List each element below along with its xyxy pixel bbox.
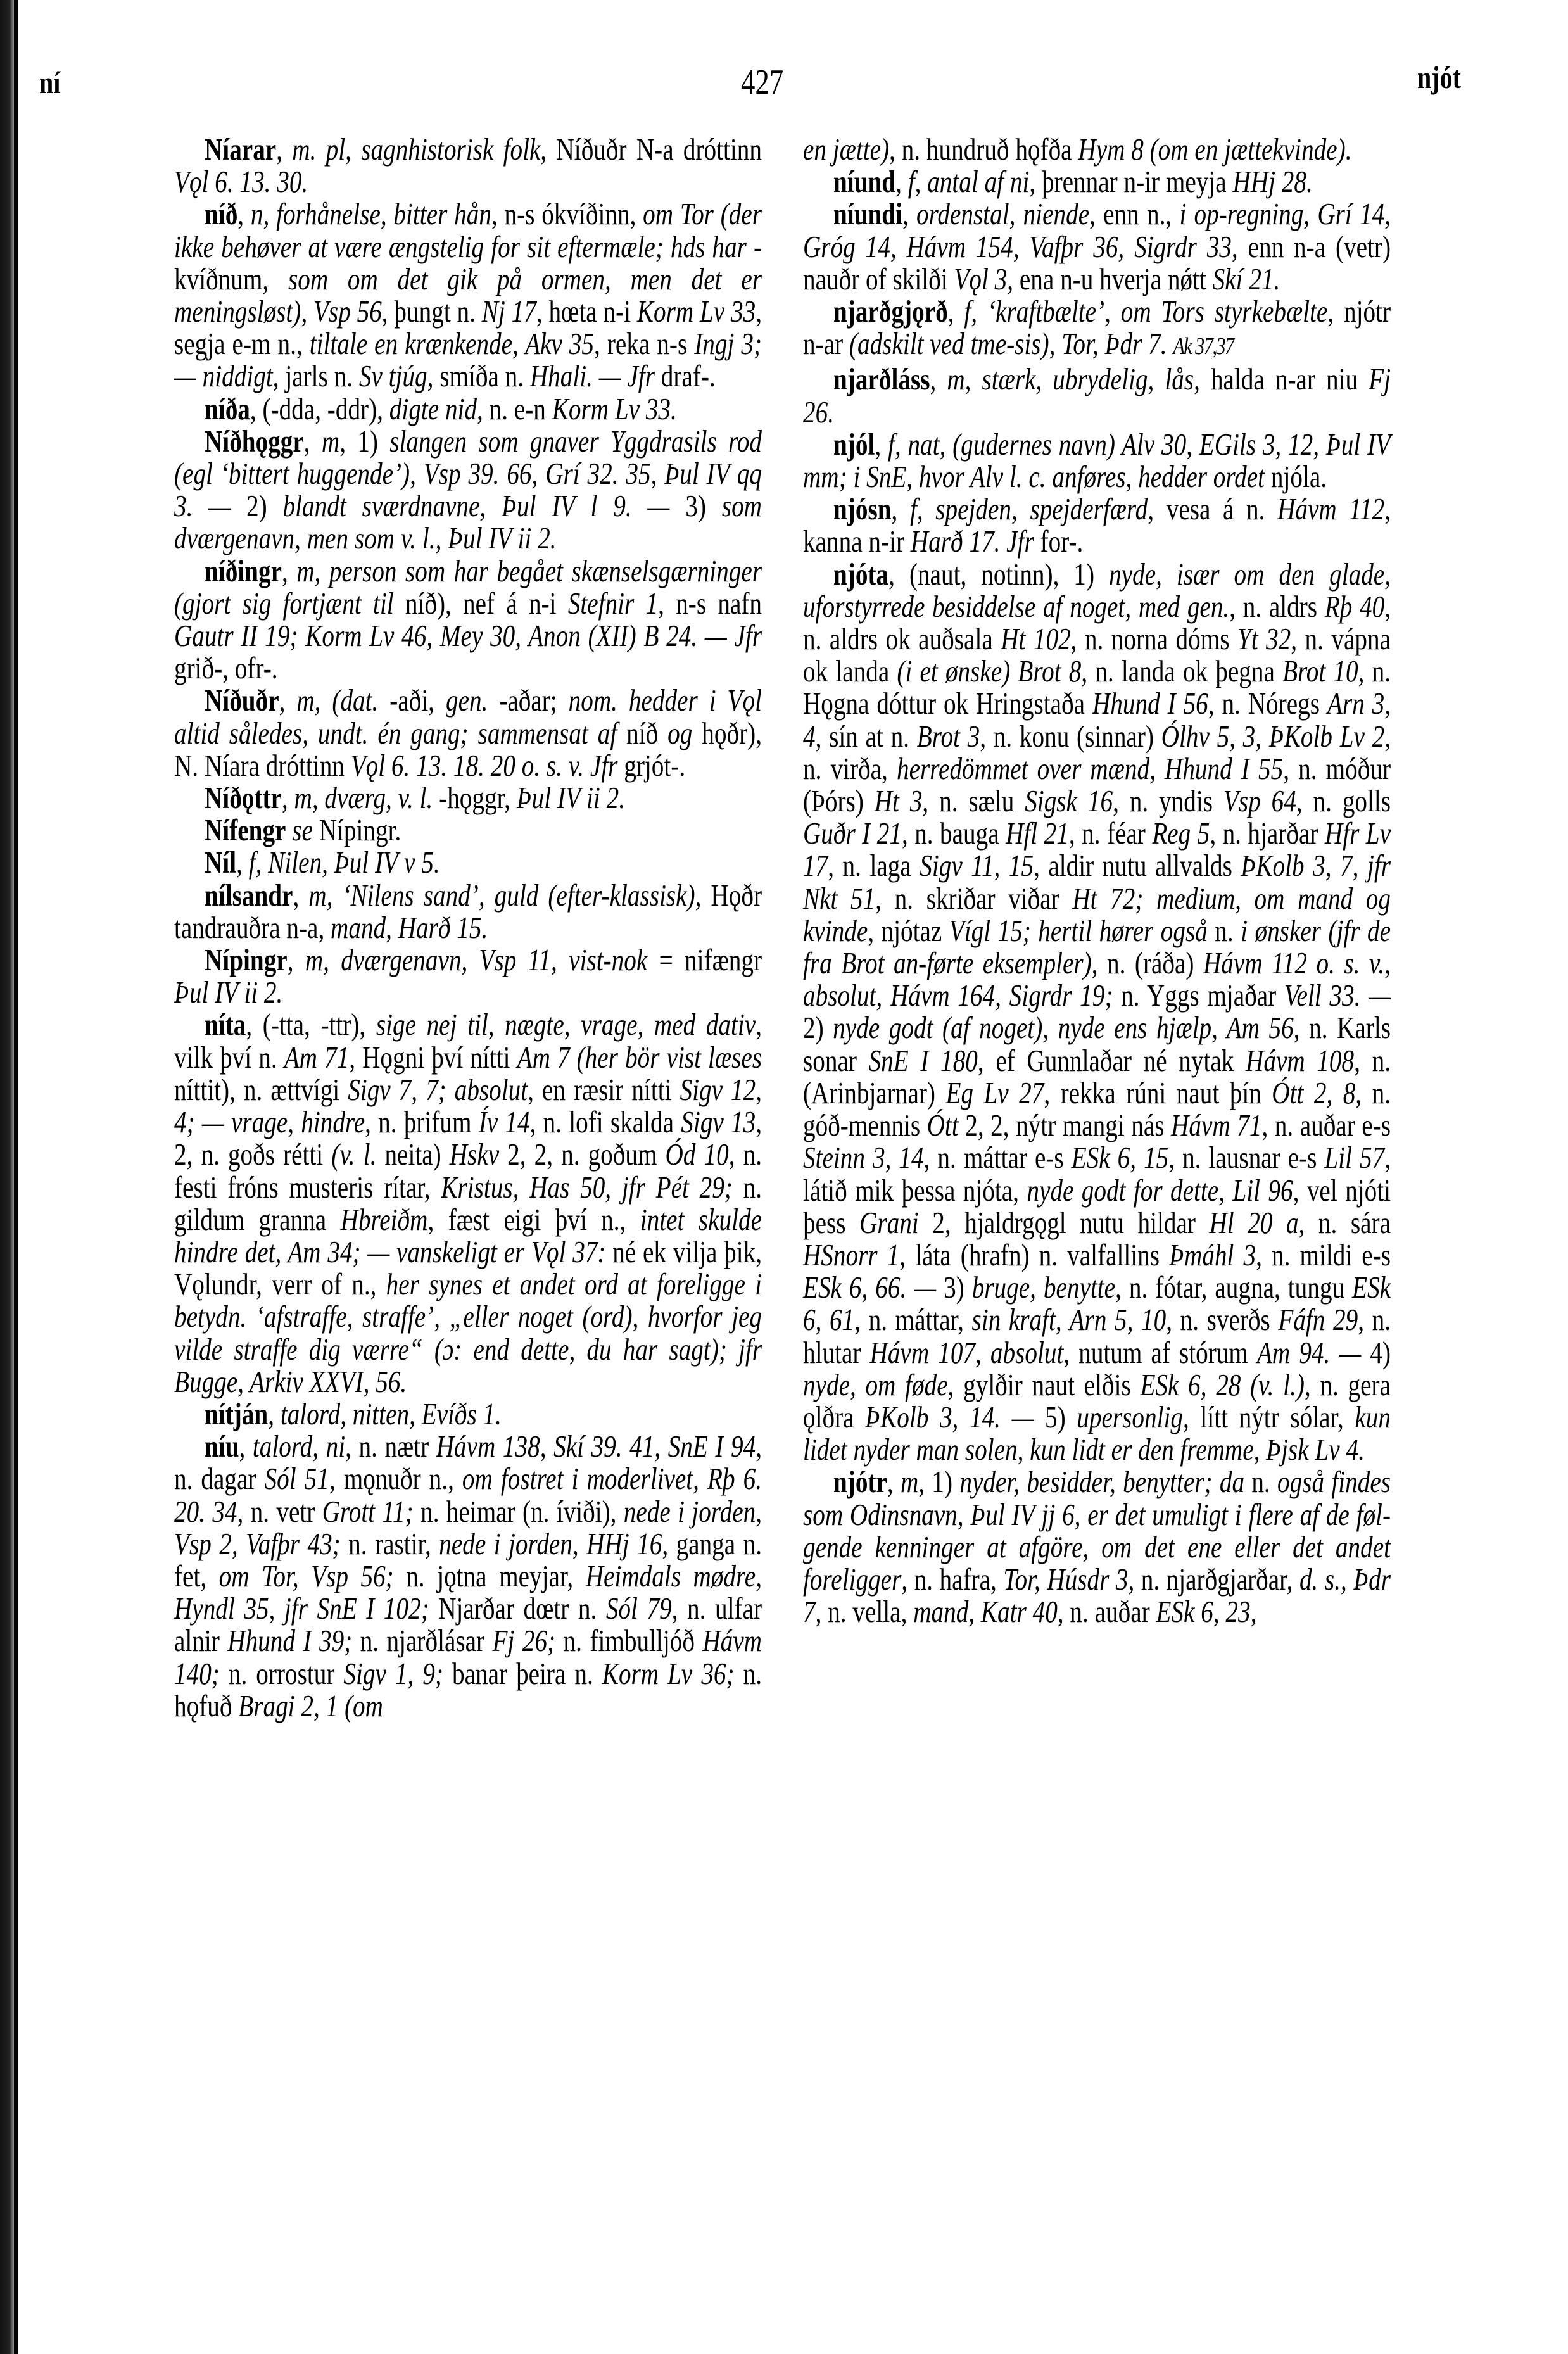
entry-text: draf-. [655, 358, 716, 393]
entry-text: ESk 6, 28 (v. l.) [1140, 1367, 1304, 1402]
entry-text: mand, Katr 40 [913, 1594, 1058, 1629]
entry-text: og [667, 716, 692, 750]
entry-text: Vǫl 6. 13. 18. 20 o. s. v. Jfr [351, 748, 618, 783]
entry-text: , n-s nafn [658, 586, 762, 621]
entry-text: 2) [231, 488, 282, 523]
entry-text: , n. vella, [816, 1594, 914, 1629]
entry-text: , (-dda, -ddr), [250, 391, 389, 426]
entry-text: Vell 33. — [1284, 978, 1391, 1013]
running-head-left: ní [39, 63, 60, 101]
dictionary-entry: níðingr, m, person som har begået skænse… [174, 555, 762, 685]
entry-text: n. njarðlásar [352, 1623, 492, 1658]
entry-text: , [288, 942, 305, 977]
entry-text: , rekka rúni naut þín [1044, 1075, 1272, 1110]
dictionary-entry: njósn, f, spejden, spejderfærd, vesa á n… [803, 493, 1391, 557]
dictionary-entry: Níðhǫggr, m, 1) slangen som gnaver Yggdr… [174, 425, 762, 555]
entry-text: Hfl 21 [1006, 816, 1069, 851]
entry-text: sin kraft, Arn 5, 10 [972, 1302, 1167, 1337]
entry-text: Grott 11; [322, 1494, 414, 1529]
entry-text: , sín at n. [816, 719, 917, 754]
entry-text: ESk 6, 66. — [803, 1270, 936, 1305]
entry-text: for-. [1034, 524, 1084, 559]
entry-text: 5) [1034, 1400, 1077, 1434]
headword: njóta [833, 557, 888, 592]
entry-text: , mǫnuðr n., [329, 1461, 462, 1496]
entry-text: bruge, benytte [972, 1270, 1115, 1305]
entry-text: , [948, 294, 964, 329]
entry-text: , nutum af stórum [1063, 1335, 1257, 1370]
entry-text: Skí 21. [1213, 262, 1280, 296]
dictionary-entry: níð, n, forhånelse, bitter hån, n-s ókví… [174, 198, 762, 392]
entry-text: , [293, 878, 308, 913]
entry-text: nyde, om føde [803, 1367, 948, 1402]
entry-text: Korm Lv 33. [552, 391, 677, 426]
entry-text: ESk 6, 23, [1156, 1594, 1256, 1629]
entry-text: digte nid [389, 391, 477, 426]
entry-text: , n. hjarðar [1210, 816, 1325, 851]
entry-text: Brot 10 [1282, 654, 1358, 688]
headword: njól [833, 427, 875, 462]
headword: níta [205, 1007, 246, 1042]
entry-text: en jætte) [803, 132, 889, 167]
headword: njósn [833, 491, 892, 526]
entry-text: , n. sælu [922, 783, 1025, 818]
entry-text: Þmáhl 3 [1169, 1237, 1256, 1272]
entry-text: , en ræsir nítti [528, 1072, 680, 1107]
entry-text: 2) [803, 1010, 833, 1045]
entry-text: 2, hjaldrgǫgl nutu hildar [919, 1205, 1210, 1240]
entry-text: n. jǫtna meyjar, [394, 1559, 586, 1593]
dictionary-entry: Nípingr, m, dværgenavn, Vsp 11, vist-nok… [174, 944, 762, 1008]
entry-text: , n. Nóregs [1208, 686, 1327, 721]
entry-text: , Níðuðr N-a dróttinn [540, 132, 762, 167]
entry-text: , n. máttar, [854, 1302, 971, 1337]
entry-text: Rþ 40 [1325, 589, 1384, 624]
entry-text: , þrennar n-ir meyja [1029, 164, 1232, 199]
entry-text: 3) [936, 1270, 972, 1305]
headword: nílsandr [205, 878, 293, 913]
dictionary-entry: níundi, ordenstal, niende, enn n., i op-… [803, 198, 1391, 295]
entry-text: Brot 3 [917, 719, 980, 754]
entry-text: Tor, Húsdr 3 [1003, 1562, 1128, 1597]
entry-text: , [895, 164, 908, 199]
entry-text: , gylðir naut elðis [948, 1367, 1141, 1402]
entry-text: (i et ønske) Brot 8 [897, 654, 1081, 688]
entry-text: , n. bauga [902, 816, 1006, 851]
entry-text: talord, ni [253, 1429, 345, 1464]
entry-text: SnE I 180 [869, 1043, 978, 1078]
entry-text: , [892, 491, 910, 526]
entry-text: Lil 57 [1324, 1140, 1384, 1175]
entry-text: sige nej til, nægte, vrage, med dativ [376, 1007, 756, 1042]
entry-text: 2, 2, n. goðum [499, 1137, 665, 1172]
entry-text: grið-, ofr-. [174, 650, 278, 685]
headword: Níarar [205, 132, 276, 167]
entry-text [286, 813, 292, 847]
entry-text: , [282, 554, 296, 588]
entry-text: , jarls n. [273, 358, 359, 393]
headword: níða [205, 391, 250, 426]
entry-text: , n. e-n [477, 391, 552, 426]
entry-text: nyder, besidder, benytter; da [959, 1464, 1244, 1499]
entry-text: Fj 26; [493, 1623, 556, 1658]
entry-text: Kristus, Has 50, jfr Pét 29; [441, 1170, 732, 1205]
entry-text: , n. sára [1299, 1205, 1391, 1240]
entry-text: n. [1244, 1464, 1277, 1499]
entry-text: m, dværg, v. l. [294, 780, 433, 815]
dictionary-entry: njarðgjǫrð, f, ‘kraftbælte’, om Tors sty… [803, 295, 1391, 363]
entry-text: , þungt n. [382, 294, 482, 329]
entry-text: Ótt [927, 1108, 959, 1142]
entry-text: Bragi 2, 1 (om [238, 1688, 383, 1723]
entry-text: Sól 51 [265, 1461, 329, 1496]
entry-text: Hávm 107, absolut [870, 1335, 1064, 1370]
dictionary-entry: Nífengr se Nípingr. [174, 814, 762, 846]
page-number: 427 [741, 63, 783, 101]
entry-text: Þul IV ii 2. [517, 780, 625, 815]
entry-text: Hávm 112 [1277, 491, 1384, 526]
entry-text: , reka n-s [594, 326, 694, 361]
entry-text: , n. vetr [237, 1494, 322, 1529]
entry-text: Hhund I 39; [227, 1623, 352, 1658]
left-column: Níarar, m. pl, sagnhistorisk folk, Níðuð… [174, 133, 762, 1722]
entry-text: níttit), n. ættvígi [174, 1072, 348, 1107]
entry-text: m, ‘Nilens sand’, guld (efter-klassisk) [308, 878, 695, 913]
entry-text: nede i jorden, HHj 16 [439, 1526, 662, 1561]
entry-text: ESk 6, 15 [1072, 1140, 1169, 1175]
entry-text: , n. lausnar e-s [1168, 1140, 1324, 1175]
entry-text: Fáfn 29 [1278, 1302, 1358, 1337]
entry-text: , [282, 780, 294, 815]
entry-text: , n. mildi e-s [1256, 1237, 1391, 1272]
dictionary-entry: Níarar, m. pl, sagnhistorisk folk, Níðuð… [174, 133, 762, 198]
entry-text: f, spejden, spejderfærd [910, 491, 1148, 526]
headword: Nípingr [205, 942, 288, 977]
entry-text: Hl 20 a [1209, 1205, 1298, 1240]
entry-text: Ht 3 [875, 783, 923, 818]
headword: Níðuðr [205, 683, 279, 718]
entry-text: Eg Lv 27 [945, 1075, 1044, 1110]
entry-text: , aldir nutu allvalds [1034, 848, 1241, 883]
entry-text: Guðr I 21 [803, 816, 902, 851]
dictionary-entry: Níl, f, Nilen, Þul IV v 5. [174, 846, 762, 878]
entry-text: Ótt 2, 8 [1272, 1075, 1355, 1110]
dictionary-entry: nílsandr, m, ‘Nilens sand’, guld (efter-… [174, 879, 762, 944]
headword: njarðgjǫrð [833, 294, 948, 329]
entry-text: , n. fótar, augna, tungu [1115, 1270, 1352, 1305]
entry-text: Ólhv 5, 3, ÞKolb Lv 2 [1161, 719, 1385, 754]
dictionary-entry: níta, (-tta, -ttr), sige nej til, nægte,… [174, 1008, 762, 1397]
entry-text: , n. hundruð hǫfða [889, 132, 1078, 167]
entry-text: , ef Gunnlaðar né nytak [978, 1043, 1246, 1078]
entry-text: Ht 102 [1001, 621, 1070, 656]
entry-text: , n. lofi skalda [530, 1104, 681, 1139]
entry-text: Nj 17 [482, 294, 536, 329]
entry-text: , [276, 132, 292, 167]
entry-text: n. [1208, 913, 1241, 948]
headword: níð [205, 196, 237, 231]
entry-text: Hhund I 56 [1092, 686, 1208, 721]
entry-text: , n. hafra, [901, 1562, 1003, 1597]
entry-text: f, Nilen, Þul IV v 5. [249, 845, 440, 880]
entry-text: n. fimbulljóð [555, 1623, 702, 1658]
entry-text: , n. máttar e-s [924, 1140, 1072, 1175]
entry-text: Am 94. — [1257, 1335, 1361, 1370]
entry-text: HSnorr 1 [803, 1237, 899, 1272]
entry-text: Stefnir 1 [568, 586, 658, 621]
entry-text: , ena n-u hverja nǿtt [1007, 262, 1212, 296]
entry-text: Steinn 3, 14 [803, 1140, 924, 1175]
entry-text: Ív 14 [479, 1104, 530, 1139]
entry-text: , fæst eigi því n., [427, 1202, 640, 1237]
entry-text: Þul IV ii 2. [174, 975, 282, 1009]
entry-text: banar þeira n. [443, 1656, 602, 1691]
entry-text: mand, Harð 15. [331, 910, 488, 945]
headword: Níl [205, 845, 236, 880]
entry-text: Grani [859, 1205, 919, 1240]
entry-text: Hávm 108 [1246, 1043, 1354, 1078]
entry-text: Hskv [450, 1137, 499, 1172]
entry-text: Hávm 71 [1171, 1108, 1261, 1142]
entry-text: -hǫggr, [433, 780, 516, 815]
entry-text: Am 7 (her bör vist læses [517, 1040, 762, 1075]
entry-text: Hhali. — Jfr [530, 358, 655, 393]
entry-text: níð [617, 716, 667, 750]
headword: níu [205, 1429, 239, 1464]
entry-text: blandt sværdnavne, Þul IV l 9. — [283, 488, 670, 523]
entry-text: talord, nitten, Evíðs 1. [281, 1396, 502, 1431]
entry-text: , hœta n-i [536, 294, 637, 329]
entry-text: , [875, 427, 888, 462]
headword: njótr [833, 1464, 887, 1499]
entry-text: , enn n., [1089, 196, 1179, 231]
entry-text: , 1) [918, 1464, 959, 1499]
entry-text: , n. féar [1069, 816, 1152, 851]
entry-text: , halda n-ar niu [1194, 362, 1369, 396]
entry-text: , [237, 196, 251, 231]
entry-text: Hym 8 (om en jættekvinde). [1078, 132, 1351, 167]
entry-text: , n-s ókvíðinn, [491, 196, 643, 231]
dictionary-entry: Níðǫttr, m, dværg, v. l. -hǫggr, Þul IV … [174, 782, 762, 814]
entry-text: gen. [446, 683, 488, 718]
entry-text: Hbreiðm [341, 1202, 428, 1237]
entry-text: Vígl 15; hertil hører også [949, 913, 1208, 948]
entry-text: , n. þrifum [365, 1104, 479, 1139]
entry-text: 2, 2, nýtr mangi nás [959, 1108, 1171, 1142]
entry-text: neita) [376, 1137, 449, 1172]
entry-text: , n. auðar e-s [1261, 1108, 1391, 1142]
entry-text: , n. nætr [345, 1429, 436, 1464]
entry-text: Sigv 1, 9; [343, 1656, 443, 1691]
entry-text: m, dværgenavn, Vsp 11, vist-nok [305, 942, 647, 977]
entry-text: , n. skriðar viðar [875, 881, 1072, 916]
dictionary-entry: Níðuðr, m, (dat. -aði, gen. -aðar; nom. … [174, 684, 762, 782]
entry-text: grjót-. [617, 748, 685, 783]
entry-text: m [322, 424, 339, 459]
handwritten-note: Ak 37,37 [1173, 333, 1233, 360]
entry-text: Sigv 11, 15 [920, 848, 1034, 883]
entry-text: tiltale en krænkende, Akv 35 [310, 326, 594, 361]
entry-text: m, (dat. [296, 683, 378, 718]
entry-text: , n. konu (sinnar) [980, 719, 1161, 754]
entry-text: om Tor, Vsp 56; [219, 1559, 394, 1593]
dictionary-entry: níu, talord, ni, n. nætr Hávm 138, Skí 3… [174, 1430, 762, 1722]
entry-text: njóla. [1265, 459, 1327, 494]
entry-text: Gautr II 19; Korm Lv 46, Mey 30, Anon (X… [174, 618, 762, 653]
entry-text: f, antal af ni [908, 164, 1030, 199]
running-head-right: njót [1417, 58, 1461, 96]
entry-text: , [239, 1429, 253, 1464]
entry-text: Vsp 64 [1223, 783, 1296, 818]
entry-text: , [304, 424, 322, 459]
entry-text: Korm Lv 36; [602, 1656, 735, 1691]
entry-text: (v. l. [331, 1137, 376, 1172]
entry-text: , n. aldrs [1229, 589, 1325, 624]
entry-text: , 1) [339, 424, 389, 459]
entry-text: , [887, 1464, 901, 1499]
entry-text: 3) [669, 488, 721, 523]
headword: Níðhǫggr [205, 424, 304, 459]
entry-text: Ód 10 [666, 1137, 729, 1172]
dictionary-entry: níða, (-dda, -ddr), digte nid, n. e-n Ko… [174, 393, 762, 425]
entry-text: Sigsk 16 [1025, 783, 1113, 818]
entry-text: Vǫl 3 [954, 262, 1007, 296]
entry-text: Reg 5 [1152, 816, 1210, 851]
right-column: en jætte), n. hundruð hǫfða Hym 8 (om en… [803, 133, 1391, 1628]
entry-text: , n. sverðs [1166, 1302, 1278, 1337]
entry-text: m, stærk, ubrydelig, lås [947, 362, 1194, 396]
dictionary-entry: njótr, m, 1) nyder, besidder, benytter; … [803, 1465, 1391, 1628]
entry-text: nyde godt for dette, Lil 96 [1027, 1173, 1293, 1208]
entry-text: Sigv 13 [681, 1104, 756, 1139]
dictionary-entry: njóta, (naut, notinn), 1) nyde, især om … [803, 558, 1391, 1466]
entry-text: -aði, [378, 683, 446, 718]
entry-text: Nípingr. [313, 813, 401, 847]
entry-text: n. Yggs mjaðar [1113, 978, 1284, 1013]
entry-text: Sigv 7, 7; absolut [348, 1072, 528, 1107]
entry-text: , láta (hrafn) n. valfallins [899, 1237, 1169, 1272]
entry-text: , smíða n. [427, 358, 530, 393]
dictionary-entry: en jætte), n. hundruð hǫfða Hym 8 (om en… [803, 133, 1391, 165]
headword: nítján [205, 1396, 268, 1431]
headword: Níðǫttr [205, 780, 282, 815]
entry-text: Vǫl 6. 13. 30. [174, 164, 308, 199]
entry-text: Am 71 [284, 1040, 350, 1075]
entry-text: Sól 79 [606, 1591, 672, 1626]
entry-text: Hávm 138, Skí 39. 41, SnE I 94 [436, 1429, 756, 1464]
entry-text: n. rastir, [341, 1526, 439, 1561]
entry-text: Njarðar dœtr n. [429, 1591, 606, 1626]
entry-text: , n. yndis [1113, 783, 1223, 818]
entry-text: Harð 17. Jfr [911, 524, 1034, 559]
dictionary-entry: nítján, talord, nitten, Evíðs 1. [174, 1398, 762, 1430]
entry-text: , (-tta, -ttr), [246, 1007, 376, 1042]
dictionary-entry: njarðláss, m, stærk, ubrydelig, lås, hal… [803, 363, 1391, 427]
headword: níundi [833, 196, 902, 231]
entry-text: f, ‘kraftbælte’, om Tors styrkebælte [964, 294, 1327, 329]
entry-text: , n. (ráða) [1092, 946, 1203, 980]
entry-text: m. pl, sagnhistorisk folk [292, 132, 540, 167]
dictionary-entry: níund, f, antal af ni, þrennar n-ir meyj… [803, 165, 1391, 198]
entry-text: HHj 28. [1232, 164, 1312, 199]
headword: níund [833, 164, 895, 199]
headword: Nífengr [205, 813, 286, 847]
entry-text: m [901, 1464, 918, 1499]
entry-text: , [268, 1396, 281, 1431]
entry-text: nyde godt (af noget), nyde ens hjælp, Am… [833, 1010, 1294, 1045]
entry-text: , n. golls [1296, 783, 1391, 818]
entry-text: , n. norna dóms [1071, 621, 1237, 656]
entry-text [1167, 326, 1173, 361]
entry-text: , [930, 362, 947, 396]
entry-text: ÞKolb 3, 14. — [865, 1400, 1034, 1434]
entry-text: n, forhånelse, bitter hån [251, 196, 491, 231]
entry-text: n. orrostur [220, 1656, 344, 1691]
entry-text: , lítt nýtr sólar, [1183, 1400, 1355, 1434]
entry-text: -aðar; [488, 683, 568, 718]
entry-text: , n. laga [828, 848, 920, 883]
entry-text: n. heimar (n. íviði), [414, 1494, 624, 1529]
entry-text: se [292, 813, 313, 847]
entry-text: Korm Lv 33 [637, 294, 756, 329]
entry-text: , [902, 196, 916, 231]
headword: njarðláss [833, 362, 930, 396]
entry-text: herredömmet over mænd, Hhund I 55 [897, 751, 1283, 786]
entry-text: , n. auðar [1058, 1594, 1156, 1629]
entry-text: Yt 32 [1237, 621, 1291, 656]
entry-text: , [236, 845, 249, 880]
entry-text: Sv tjúg [359, 358, 427, 393]
entry-text: , vesa á n. [1148, 491, 1277, 526]
entry-text: níð), nef á n-i [394, 586, 568, 621]
headword: níðingr [205, 554, 282, 588]
entry-text: = nifængr [647, 942, 762, 977]
entry-text: upersonlig [1077, 1400, 1183, 1434]
entry-text: , (naut, notinn), 1) [888, 557, 1109, 592]
entry-text: (adskilt ved tme-sis), Tor, Þdr 7. [849, 326, 1167, 361]
entry-text: ordenstal, niende [916, 196, 1089, 231]
entry-text: , [279, 683, 297, 718]
entry-text: , n. landa ok þegna [1081, 654, 1282, 688]
entry-text: , Hǫgni því nítti [349, 1040, 517, 1075]
binding-shadow-line [14, 0, 18, 2354]
dictionary-entry: njól, f, nat, (gudernes navn) Alv 30, EG… [803, 428, 1391, 493]
entry-text: , njótaz [868, 913, 949, 948]
entry-text: 4) [1361, 1335, 1391, 1370]
entry-text: , n. njarðgjarðar, [1128, 1562, 1299, 1597]
